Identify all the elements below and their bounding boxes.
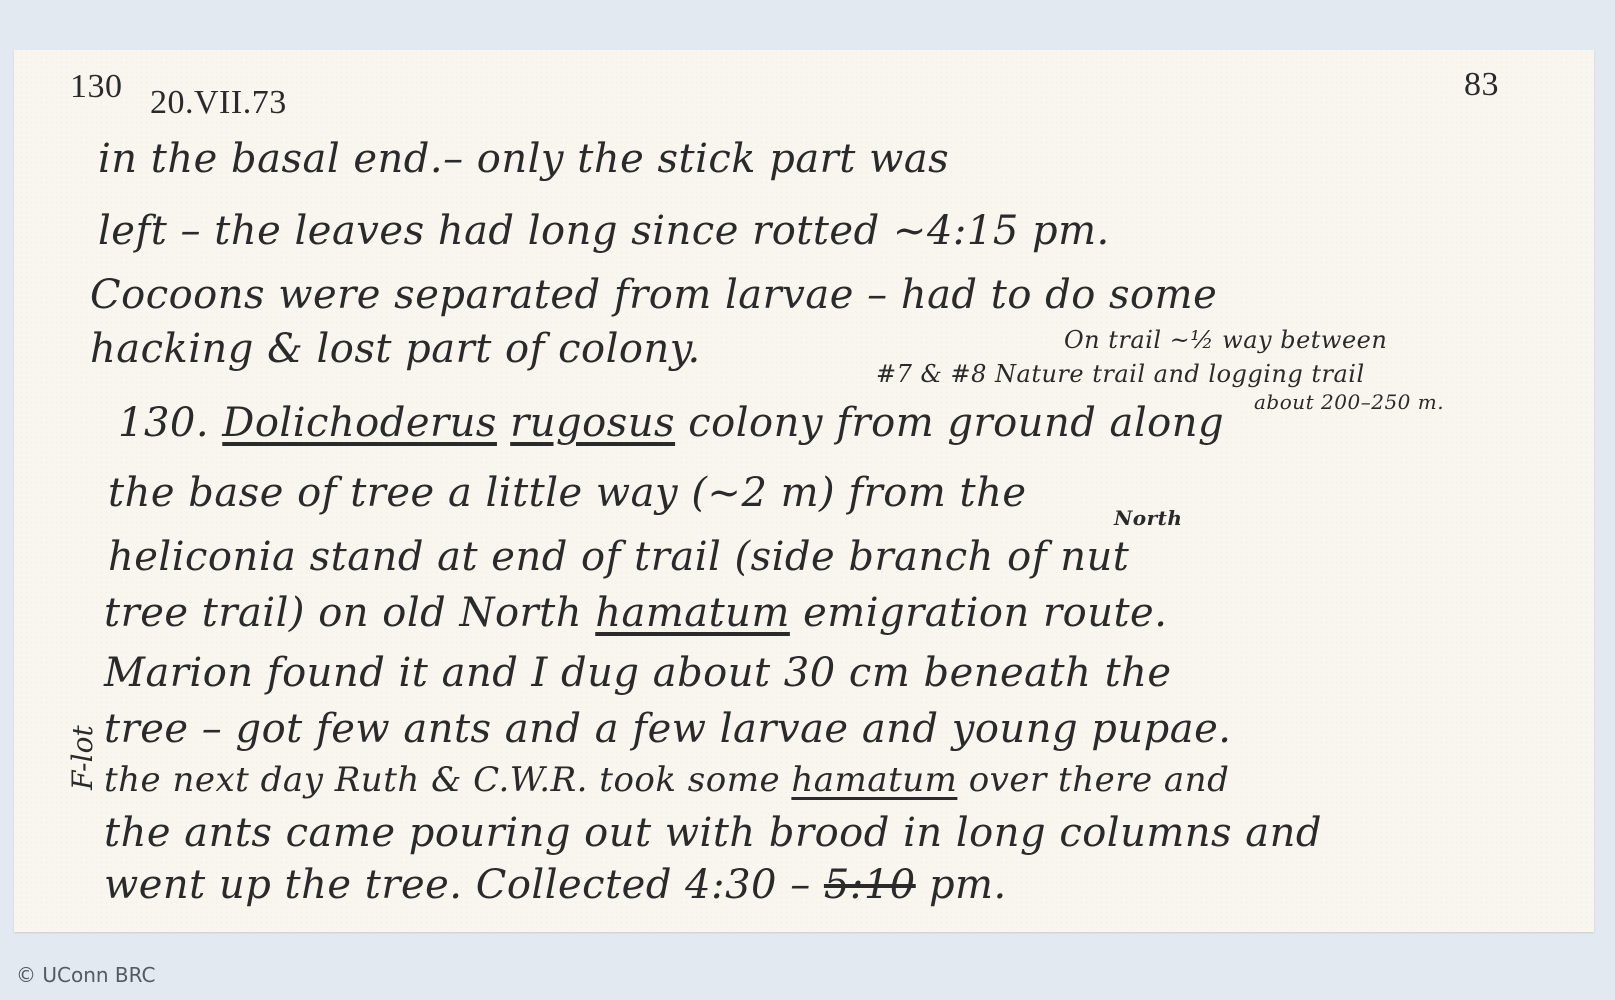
entry-line-3: heliconia stand at end of trail (side br… <box>108 534 1129 580</box>
entry-date: 20.VII.73 <box>150 84 287 122</box>
copyright-notice: © UConn BRC <box>16 963 156 987</box>
note-line-4: hacking & lost part of colony. <box>90 326 701 372</box>
entry-line-8: the ants came pouring out with brood in … <box>104 810 1322 856</box>
page-number: 83 <box>1464 66 1499 104</box>
entry-line-9: went up the tree. Collected 4:30 – 5:10 … <box>104 862 1007 908</box>
species-name: rugosus <box>510 400 675 446</box>
margin-annotation: F-lot <box>66 725 99 790</box>
entry-line-5: Marion found it and I dug about 30 cm be… <box>104 650 1172 696</box>
location-note-line-1: On trail ~½ way between <box>1064 326 1387 354</box>
note-line-1: in the basal end.– only the stick part w… <box>98 136 949 182</box>
note-line-3: Cocoons were separated from larvae – had… <box>90 272 1217 318</box>
genus-name: Dolichoderus <box>222 400 497 446</box>
entry-header: 130. Dolichoderus rugosus colony from gr… <box>118 400 1224 446</box>
field-note-card: 130 20.VII.73 83 in the basal end.– only… <box>14 50 1594 932</box>
entry-line-6: tree – got few ants and a few larvae and… <box>104 706 1231 752</box>
location-note-line-2: #7 & #8 Nature trail and logging trail <box>876 360 1365 388</box>
location-note-line-3: about 200–250 m. <box>1254 390 1444 414</box>
entry-line-2: the base of tree a little way (~2 m) fro… <box>108 470 1027 516</box>
insert-north: North <box>1114 506 1182 530</box>
note-line-2: left – the leaves had long since rotted … <box>98 208 1110 254</box>
entry-line-4: tree trail) on old North hamatum emigrat… <box>104 590 1167 636</box>
entry-line-1: colony from ground along <box>688 400 1224 446</box>
entry-number: 130. <box>118 400 209 446</box>
hamatum-term-2: hamatum <box>791 760 957 800</box>
corner-entry-number: 130 <box>70 68 123 106</box>
struck-time: 5:10 <box>824 862 916 908</box>
hamatum-term: hamatum <box>595 590 790 636</box>
entry-line-7: the next day Ruth & C.W.R. took some ham… <box>104 760 1229 800</box>
